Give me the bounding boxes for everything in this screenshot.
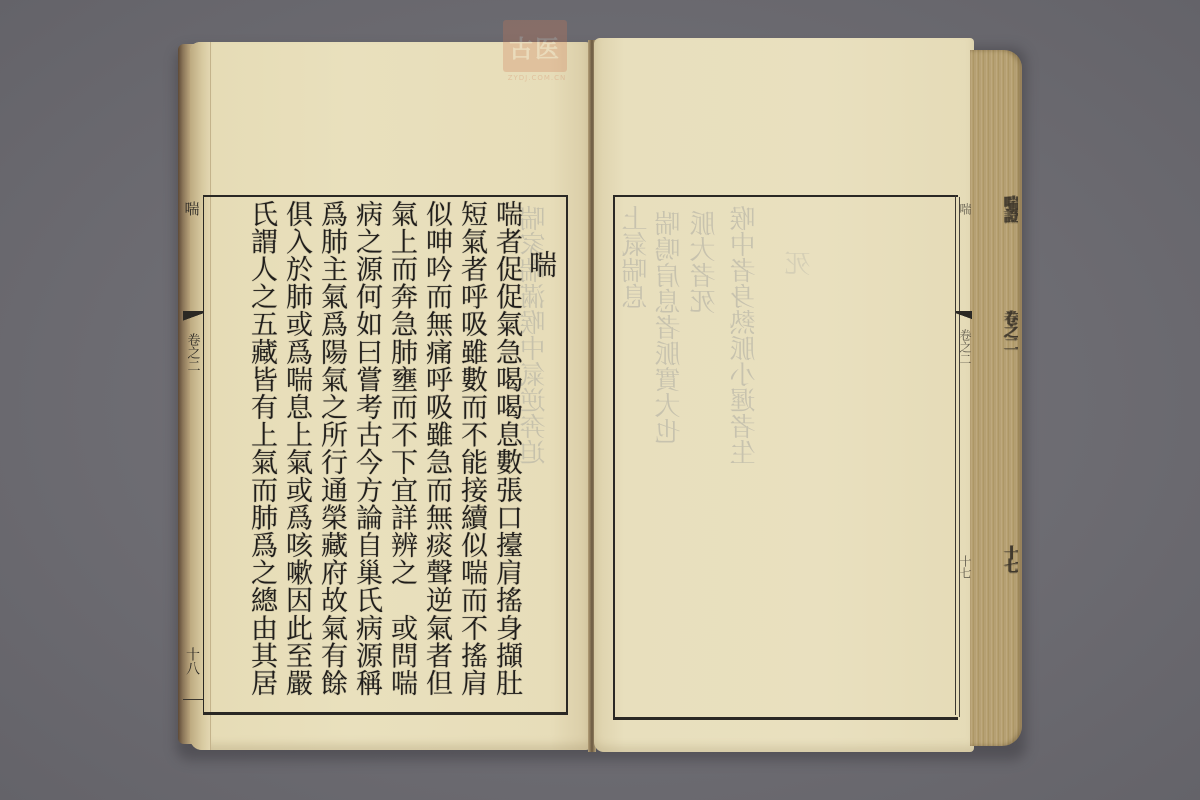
fore-edge <box>970 50 1022 746</box>
text-column: 氏謂人之五藏皆有上氣而肺爲之總由其居 <box>244 200 279 706</box>
fore-edge-mark-volume: 卷之二 <box>968 310 1018 390</box>
hashira-volume: 卷之二 <box>181 333 203 372</box>
text-column: 俱入於肺或爲喘息上氣或爲咳嗽因此至嚴 <box>279 200 314 706</box>
right-hashira-title: 喘 <box>956 203 974 215</box>
watermark: 古医 ZYDJ.COM.CN <box>503 20 571 92</box>
printed-border-right <box>613 195 958 720</box>
text-column: 爲肺主氣爲陽氣之所行通榮藏府故氣有餘 <box>314 200 349 706</box>
hashira-rule <box>183 699 203 700</box>
watermark-text: ZYDJ.COM.CN <box>503 74 571 82</box>
fore-edge-mark-title: 喘證 <box>968 195 1018 255</box>
fish-tail-mark-icon <box>956 311 972 323</box>
section-title: 喘 <box>524 200 559 756</box>
right-hashira-volume: 卷之二 <box>956 329 974 365</box>
photo-scene: 喘證 卷之二 十七 古医 ZYDJ.COM.CN 喘 卷之二 十八 喘家喘滿喉中… <box>0 0 1200 800</box>
left-hashira: 喘 卷之二 十八 <box>181 195 204 710</box>
text-column: 病之源何如曰嘗考古今方論自巢氏病源稱 <box>349 200 384 706</box>
fish-tail-mark-icon <box>183 311 203 325</box>
text-column: 短氣者呼吸雖數而不能接續似喘而不搖肩 <box>454 200 489 706</box>
right-hashira: 喘 卷之二 十七 <box>955 195 974 715</box>
hashira-title: 喘 <box>181 201 203 216</box>
main-text-block: 喘 喘者促促氣急喝喝息數張口擡肩搖身擷肚 短氣者呼吸雖數而不能接續似喘而不搖肩 … <box>207 200 559 706</box>
text-column: 氣上而奔急肺壅而不下宜詳辨之 或問喘 <box>384 200 419 706</box>
fore-edge-mark-page: 十七 <box>968 545 1018 585</box>
text-column: 似呻吟而無痛呼吸雖急而無痰聲逆氣者但 <box>419 200 454 706</box>
watermark-seal-icon: 古医 <box>503 20 567 72</box>
text-column: 喘者促促氣急喝喝息數張口擡肩搖身擷肚 <box>489 200 524 706</box>
right-hashira-page-number: 十七 <box>956 555 974 579</box>
hashira-page-number: 十八 <box>181 647 203 675</box>
